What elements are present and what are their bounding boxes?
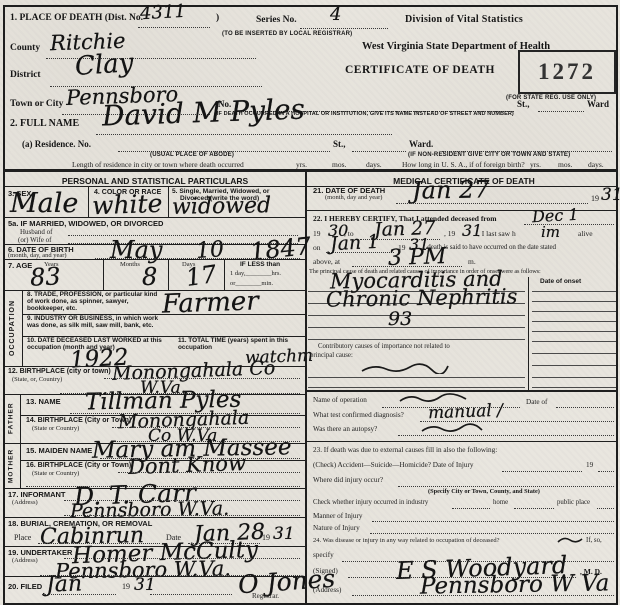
wife-of-label: (or) Wife of <box>18 236 51 244</box>
cause-of-death-value-3: 93 <box>388 308 412 330</box>
dotted-line <box>112 426 300 428</box>
days-label-2: days. <box>588 160 604 169</box>
cell-divider-line <box>224 259 225 290</box>
dotted-line <box>300 27 388 29</box>
write-line <box>308 326 525 328</box>
none-squiggle-icon <box>360 362 450 374</box>
where-injury-label: Where did injury occur? <box>313 476 383 484</box>
comma19-label: , 19 <box>444 229 455 238</box>
industry-label: 9. INDUSTRY OR BUSINESS, in which work w… <box>27 315 163 329</box>
sex-value: Male <box>10 188 78 219</box>
cell-divider-line <box>88 187 89 217</box>
dotted-line <box>42 593 116 595</box>
death-certificate-scan: 1. PLACE OF DEATH (Dist. No. 4311 ) Seri… <box>0 0 620 605</box>
series-no-label: Series No. <box>256 15 297 25</box>
series-no-value: 4 <box>330 4 341 25</box>
nature-injury-label: Nature of Injury <box>313 524 360 532</box>
cell-divider-line <box>103 259 104 290</box>
mos-label: mos. <box>332 160 346 169</box>
dotted-line <box>514 507 554 509</box>
full-name-value: David M Pyles <box>101 92 305 132</box>
mos-label-2: mos. <box>558 160 572 169</box>
none-squiggle-icon <box>556 534 584 545</box>
abode-note: (USUAL PLACE OF ABODE) <box>150 152 234 158</box>
dotted-line <box>64 557 300 559</box>
date-of-death-value: Jan 27 <box>412 175 490 204</box>
onset-divider-line <box>528 277 529 390</box>
filed-pre19: 19 <box>122 582 130 591</box>
yrs-label: yrs. <box>296 160 307 169</box>
personal-section-title: PERSONAL AND STATISTICAL PARTICULARS <box>20 176 290 186</box>
rule-line <box>3 259 305 260</box>
usa-label: How long in U. S. A., if of foreign birt… <box>402 160 525 169</box>
district-label: District <box>10 70 41 80</box>
write-line <box>532 300 616 302</box>
father-birthplace-label: 14. BIRTHPLACE (City or Town) <box>26 417 131 424</box>
if-married-label: 5a. IF MARRIED, WIDOWED, OR DIVORCED <box>8 219 163 228</box>
above-at-label: above, at <box>313 257 340 266</box>
signed-label: (Signed) <box>313 567 338 575</box>
dotted-line <box>452 507 490 509</box>
undertaker-label: 19. UNDERTAKER <box>8 548 72 557</box>
write-line <box>532 376 616 378</box>
certificate-title: CERTIFICATE OF DEATH <box>345 64 495 76</box>
cell-divider-line <box>20 394 21 443</box>
write-line <box>532 386 616 388</box>
rule-line <box>305 441 617 442</box>
if-so-label: If, so, <box>586 537 602 544</box>
certificate-number-stamp: 1272 <box>518 50 616 94</box>
write-line <box>532 340 616 342</box>
cell-divider-line <box>168 187 169 217</box>
trade-label: 8. TRADE, PROFESSION, or particular kind… <box>27 291 159 313</box>
mother-side-label: MOTHER <box>3 443 19 488</box>
check-accident-label: (Check) Accident—Suicide—Homicide? Date … <box>313 461 473 469</box>
operation-label: Name of operation <box>313 396 367 404</box>
cell-divider-line <box>20 443 21 488</box>
write-line <box>308 338 525 340</box>
birthplace-sub-label: (State, or, Country) <box>12 376 62 383</box>
write-line <box>532 330 616 332</box>
dotted-line <box>556 406 614 408</box>
specify-label: specify <box>313 551 334 559</box>
contributory-label-1: Contributory causes of importance not re… <box>318 343 450 350</box>
local-registrar-note: (TO BE INSERTED BY LOCAL REGISTRAR) <box>222 31 352 37</box>
physician-address-value: Pennsboro W Va <box>420 570 610 599</box>
dotted-line <box>118 471 300 473</box>
write-line <box>532 290 616 292</box>
contributory-label-2: principal cause: <box>310 352 353 359</box>
external-causes-label: 23. If death was due to external causes … <box>313 446 497 454</box>
dotted-line <box>538 110 584 112</box>
manner-injury-label: Manner of Injury <box>313 512 363 520</box>
dotted-line <box>326 251 394 253</box>
mother-birthplace-label: 16. BIRTHPLACE (City or Town) <box>26 462 131 469</box>
district-number-value: 4311 <box>139 1 186 24</box>
test-confirmed-label: What test confirmed diagnosis? <box>313 411 404 419</box>
mother-name-label: 15. MAIDEN NAME <box>26 446 92 455</box>
dotted-line <box>524 223 614 225</box>
dotted-line <box>398 434 614 436</box>
district-value: Clay <box>74 48 134 82</box>
mother-birthplace-value: Dont Know <box>128 451 247 479</box>
dod-pre19: 19 <box>591 194 599 203</box>
cell-divider-line <box>22 290 23 366</box>
full-name-label: 2. FULL NAME <box>10 118 79 129</box>
related-occupation-label: 24. Was disease or injury in any way rel… <box>313 537 500 544</box>
days-label: days. <box>366 160 382 169</box>
county-label: County <box>10 43 40 53</box>
paren-close: ) <box>216 13 219 23</box>
write-line <box>532 364 616 366</box>
dotted-line <box>96 133 392 135</box>
age-months-header: Months <box>120 261 140 268</box>
undertaker-sub-label: (Address) <box>12 557 38 564</box>
injury-pre19: 19 <box>586 461 593 469</box>
st-label: St., <box>517 99 530 109</box>
dotted-line <box>352 150 406 152</box>
if-less-label-2: 1 day,________hrs. <box>230 270 281 277</box>
if-less-label-1: IF LESS than <box>240 261 280 268</box>
dotted-line <box>64 514 300 516</box>
informant-label: 17. INFORMANT <box>8 490 66 499</box>
dotted-line <box>64 499 300 501</box>
father-side-label: FATHER <box>3 394 19 443</box>
residence-st-label: St., <box>333 139 346 149</box>
section-divider-line <box>3 169 617 172</box>
residence-label: (a) Residence. No. <box>22 139 91 149</box>
certify-pre19a: 19 <box>313 229 321 238</box>
specify-city-note: (Specify City or Town, County, and State… <box>428 488 540 495</box>
filed-year-value: 31 <box>134 575 156 595</box>
age-months-value: 8 <box>142 263 157 291</box>
dotted-line <box>138 26 210 28</box>
date-of-death-sub: (month, day and year) <box>325 194 382 201</box>
physician-address-label: (Address) <box>313 586 341 594</box>
none-squiggle-icon <box>420 422 484 434</box>
dotted-line <box>396 202 588 204</box>
residence-ward-label: Ward. <box>409 139 433 149</box>
birthplace-label: 12. BIRTHPLACE (city or town) <box>8 368 111 375</box>
check-where-label: Check whether injury occurred in industr… <box>313 499 428 506</box>
autopsy-label: Was there an autopsy? <box>313 425 377 433</box>
burial-pre19: 19 <box>262 533 270 542</box>
mother-birthplace-sub: (State or Country) <box>32 470 79 477</box>
cell-divider-line <box>168 259 169 290</box>
ward-label: Ward <box>587 99 609 109</box>
length-residence-label: Length of residence in city or town wher… <box>72 160 244 169</box>
race-value: white <box>92 189 163 220</box>
on-label: on <box>313 243 321 252</box>
alive-label: alive <box>578 229 593 238</box>
write-line <box>532 352 616 354</box>
division-label: Division of Vital Statistics <box>405 14 523 25</box>
dotted-line <box>104 377 300 379</box>
occupation-side-label: OCCUPATION <box>4 290 21 366</box>
write-line <box>308 386 525 388</box>
dod-year-value: 31 <box>601 185 620 205</box>
write-line <box>532 310 616 312</box>
father-name-label: 13. NAME <box>26 397 61 406</box>
dotted-line <box>598 470 614 472</box>
home-label: home <box>493 499 508 506</box>
m-label: m. <box>468 257 476 266</box>
dotted-line <box>150 593 232 595</box>
dotted-line <box>502 470 582 472</box>
him-value: im <box>541 223 560 241</box>
informant-sub-label: (Address) <box>12 499 38 506</box>
date-of-label: Date of <box>526 398 547 406</box>
husband-of-label: Husband of <box>20 228 52 236</box>
write-line <box>532 320 616 322</box>
dotted-line <box>398 485 614 487</box>
town-label: Town or City <box>10 99 63 109</box>
date-of-onset-label: Date of onset <box>540 278 581 285</box>
place-of-death-label: 1. PLACE OF DEATH (Dist. No. <box>10 13 143 23</box>
yrs-label-2: yrs. <box>530 160 541 169</box>
dob-sub-label: (month, day, and year) <box>8 252 67 259</box>
registrar-label: Registrar. <box>252 592 279 600</box>
father-birthplace-sub: (State or Country) <box>32 425 79 432</box>
write-line <box>308 376 525 378</box>
dotted-line <box>597 507 614 509</box>
marital-value: widowed <box>172 193 272 220</box>
rule-line <box>3 186 617 187</box>
last-saw-label: , I last saw h <box>478 229 516 238</box>
rule-line <box>3 517 305 518</box>
burial-year-value: 31 <box>273 524 295 544</box>
filed-label: 20. FILED <box>8 582 42 591</box>
cause-of-death-value-2: Chronic Nephritis <box>326 284 518 311</box>
dotted-line <box>372 520 614 522</box>
write-line <box>308 314 525 316</box>
public-place-label: public place <box>557 499 590 506</box>
burial-place-label: Place <box>14 533 31 542</box>
nonresident-note: (IF NON-RESIDENT GIVE CITY OR TOWN AND S… <box>408 152 570 158</box>
age-years-value: 83 <box>29 262 61 292</box>
